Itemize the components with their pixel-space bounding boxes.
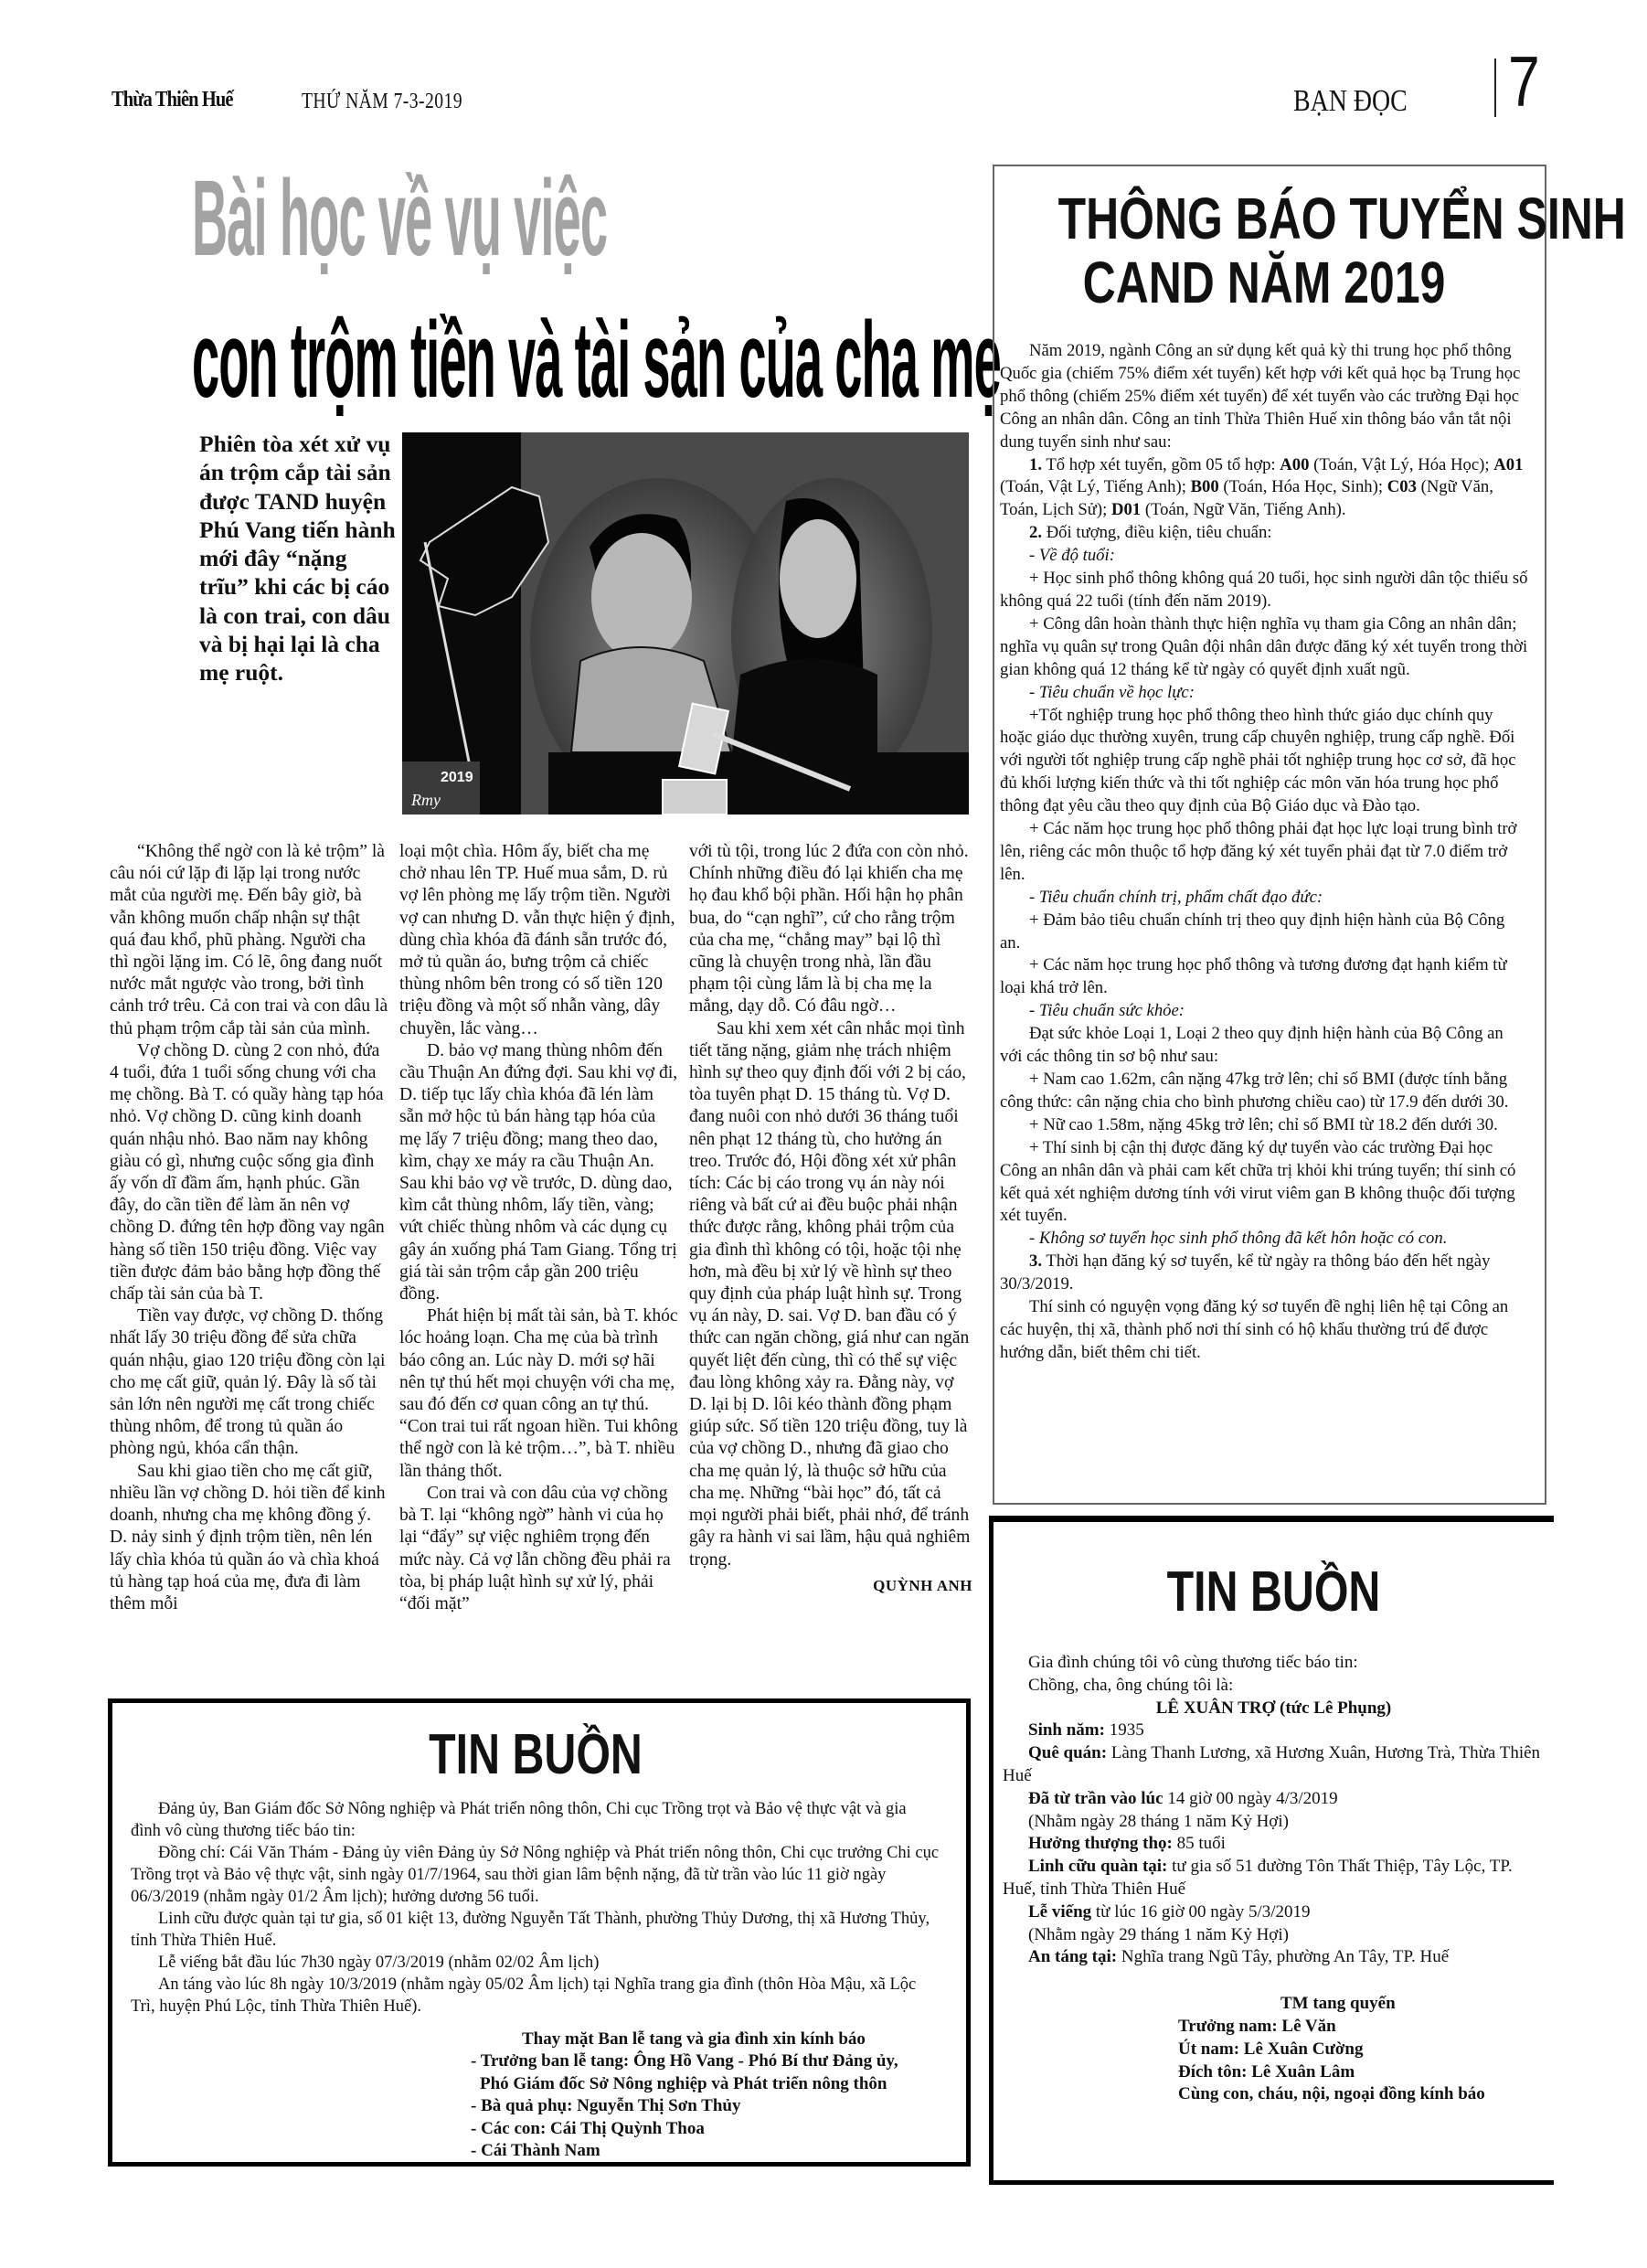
section-name: BẠN ĐỌC [1293,84,1408,119]
article-illustration: 2019 Rmy [402,432,969,815]
obituary-died: Đã từ trần vào lúc 14 giờ 00 ngày 4/3/20… [1003,1788,1545,1811]
signature-line: - Trưởng ban lễ tang: Ông Hồ Vang - Phó … [471,2050,940,2072]
signature-line: - Cái Thành Nam [471,2140,940,2162]
notice-intro: Năm 2019, ngành Công an sử dụng kết quả … [1000,340,1528,454]
article-lead: Phiên tòa xét xử vụ án trộm cắp tài sản … [199,430,396,687]
article-paragraph: Sau khi xem xét cân nhắc mọi tình tiết t… [689,1018,972,1571]
obituary-body: Đảng ủy, Ban Giám đốc Sở Nông nghiệp và … [131,1798,940,2018]
obituary-visit: Lễ viếng từ lúc 16 giờ 00 ngày 5/3/2019 [1003,1901,1545,1924]
article-paragraph: Sau khi giao tiền cho mẹ cất giữ, nhiều … [110,1461,388,1615]
article-paragraph: với tù tội, trong lúc 2 đứa con còn nhỏ.… [689,841,972,1018]
notice-title-line-2: CAND NĂM 2019 [1058,250,1471,314]
notice-text: +Tốt nghiệp trung học phổ thông theo hìn… [1000,705,1528,819]
article-column-3: với tù tội, trong lúc 2 đứa con còn nhỏ.… [689,841,972,1597]
notice-subheading: - Tiêu chuẩn sức khỏe: [1000,1000,1528,1023]
obituary-title: TIN BUỒN [219,1725,851,1785]
article-column-2: loại một chìa. Hôm ấy, biết cha mẹ chở n… [399,841,678,1615]
obituary-signature: TM tang quyến Trưởng nam: Lê Văn Út nam:… [1003,1993,1545,2106]
notice-subheading: - Về độ tuổi: [1000,545,1528,568]
article-paragraph: “Không thể ngờ con là kẻ trộm” là câu nó… [110,841,388,1040]
obituary-left-box: TIN BUỒN Đảng ủy, Ban Giám đốc Sở Nông n… [108,1698,971,2167]
notice-subheading: - Tiêu chuẩn về học lực: [1000,682,1528,705]
courtroom-illustration-icon: 2019 Rmy [402,432,969,815]
notice-item-1: 1. Tổ hợp xét tuyển, gồm 05 tổ hợp: A00 … [1000,454,1528,523]
deceased-name: LÊ XUÂN TRỢ (tức Lê Phụng) [1003,1698,1545,1720]
obituary-intro: Chồng, cha, ông chúng tôi là: [1003,1675,1545,1698]
headline-line-1: Bài học về vụ việc [192,165,607,272]
notice-text: + Các năm học trung học phổ thông và tươ… [1000,954,1528,1000]
article-paragraph: Vợ chồng D. cùng 2 con nhỏ, đứa 4 tuổi, … [110,1040,388,1305]
article-paragraph: Phát hiện bị mất tài sản, bà T. khóc lóc… [399,1305,678,1483]
notice-text: + Thí sinh bị cận thị được đăng ký dự tu… [1000,1137,1528,1229]
obituary-died-lunar: (Nhằm ngày 28 tháng 1 năm Kỷ Hợi) [1003,1811,1545,1834]
notice-item-2: 2. Đối tượng, điều kiện, tiêu chuẩn: [1000,522,1528,545]
obituary-paragraph: An táng vào lúc 8h ngày 10/3/2019 (nhằm … [131,1974,940,2018]
headline-line-2: con trộm tiền và tài sản của cha mẹ [192,306,1001,414]
obituary-born: Sinh năm: 1935 [1003,1720,1545,1742]
obituary-paragraph: Đồng chí: Cái Văn Thám - Đảng ủy viên Đả… [131,1842,940,1908]
notice-contact: Thí sinh có nguyện vọng đăng ký sơ tuyển… [1000,1296,1528,1365]
signature-line: Phó Giám đốc Sở Nông nghiệp và Phát triể… [471,2073,940,2095]
signature-line: Trưởng nam: Lê Văn [1178,2016,1545,2039]
signature-heading: Thay mặt Ban lễ tang và gia đình xin kín… [471,2028,940,2050]
obituary-coffin: Linh cữu quàn tại: tư gia số 51 đường Tô… [1003,1856,1545,1901]
obituary-title: TIN BUỒN [1062,1562,1485,1623]
notice-text: Đạt sức khỏe Loại 1, Loại 2 theo quy địn… [1000,1023,1528,1069]
notice-item-3: 3. Thời hạn đăng ký sơ tuyển, kể từ ngày… [1000,1251,1528,1296]
svg-text:Rmy: Rmy [410,791,441,809]
page-number: 7 [1508,46,1540,117]
article-paragraph: D. bảo vợ mang thùng nhôm đến cầu Thuận … [399,1040,678,1305]
notice-text: + Công dân hoàn thành thực hiện nghĩa vụ… [1000,613,1528,682]
admission-notice-box: THÔNG BÁO TUYỂN SINH CAND NĂM 2019 Năm 2… [993,165,1546,1505]
article-paragraph: loại một chìa. Hôm ấy, biết cha mẹ chở n… [399,841,678,1040]
signature-line: Đích tôn: Lê Xuân Lâm [1178,2061,1545,2084]
article-column-1: “Không thể ngờ con là kẻ trộm” là câu nó… [110,841,388,1615]
obituary-paragraph: Lễ viếng bắt đầu lúc 7h30 ngày 07/3/2019… [131,1952,940,1974]
article-paragraph: Tiền vay được, vợ chồng D. thống nhất lấ… [110,1305,388,1460]
obituary-burial: An táng tại: Nghĩa trang Ngũ Tây, phường… [1003,1946,1545,1969]
obituary-body: Gia đình chúng tôi vô cùng thương tiếc b… [1003,1652,1545,1969]
notice-title-line-1: THÔNG BÁO TUYỂN SINH [1058,186,1471,250]
notice-body: Năm 2019, ngành Công an sử dụng kết quả … [1000,340,1528,1365]
newspaper-name: Thừa Thiên Huế [112,88,233,112]
obituary-right-box: TIN BUỒN Gia đình chúng tôi vô cùng thươ… [989,1516,1554,2185]
notice-subheading: - Không sơ tuyển học sinh phổ thông đã k… [1000,1228,1528,1251]
header-divider [1494,59,1496,117]
notice-text: + Các năm học trung học phổ thông phải đ… [1000,818,1528,887]
obituary-paragraph: Linh cữu được quàn tại tư gia, số 01 kiệ… [131,1908,940,1952]
obituary-intro: Gia đình chúng tôi vô cùng thương tiếc b… [1003,1652,1545,1675]
obituary-paragraph: Đảng ủy, Ban Giám đốc Sở Nông nghiệp và … [131,1798,940,1842]
obituary-hometown: Quê quán: Làng Thanh Lương, xã Hương Xuâ… [1003,1742,1545,1788]
obituary-age: Hưởng thượng thọ: 85 tuổi [1003,1833,1545,1856]
signature-line: Cùng con, cháu, nội, ngoại đồng kính báo [1178,2083,1545,2106]
signature-heading: TM tang quyến [1178,1993,1545,2016]
signature-line: - Các con: Cái Thị Quỳnh Thoa [471,2118,940,2140]
notice-text: + Đảm bảo tiêu chuẩn chính trị theo quy … [1000,910,1528,955]
issue-date: THỨ NĂM 7-3-2019 [302,90,462,114]
article-paragraph: Con trai và con dâu của vợ chồng bà T. l… [399,1483,678,1615]
signature-line: - Bà quả phụ: Nguyễn Thị Sơn Thủy [471,2095,940,2117]
article-byline: QUỲNH ANH [689,1575,972,1597]
notice-text: + Nam cao 1.62m, cân nặng 47kg trở lên; … [1000,1069,1528,1114]
notice-text: + Học sinh phổ thông không quá 20 tuổi, … [1000,568,1528,613]
obituary-signature: Thay mặt Ban lễ tang và gia đình xin kín… [131,2028,940,2162]
obituary-visit-lunar: (Nhằm ngày 29 tháng 1 năm Kỷ Hợi) [1003,1924,1545,1947]
notice-text: + Nữ cao 1.58m, nặng 45kg trở lên; chỉ s… [1000,1114,1528,1137]
signature-line: Út nam: Lê Xuân Cường [1178,2039,1545,2061]
svg-text:2019: 2019 [441,770,473,785]
notice-subheading: - Tiêu chuẩn chính trị, phẩm chất đạo đứ… [1000,887,1528,910]
notice-title: THÔNG BÁO TUYỂN SINH CAND NĂM 2019 [1058,186,1471,314]
